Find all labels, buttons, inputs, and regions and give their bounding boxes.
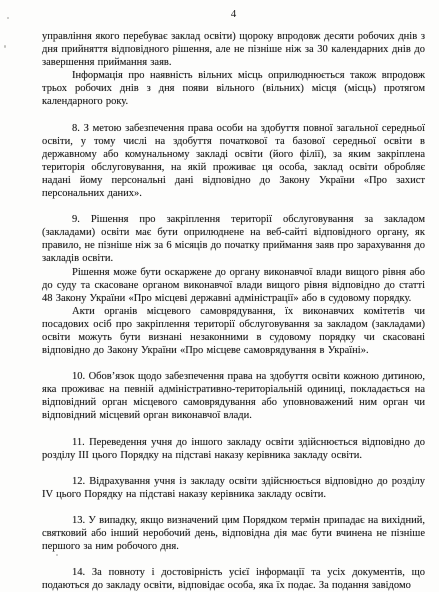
- scan-speck: [4, 45, 6, 48]
- paragraph-10: 10. Обов’язок щодо забезпечення права на…: [42, 370, 425, 422]
- paragraph-11: 11. Переведення учня до іншого закладу о…: [42, 436, 425, 462]
- paragraph-9: 9. Рішення про закріплення території обс…: [42, 213, 425, 265]
- paragraph-8: 8. З метою забезпечення права особи на з…: [42, 122, 425, 201]
- paragraph-free-places: Інформація про наявність вільних місць о…: [42, 69, 425, 108]
- page-number: 4: [42, 8, 425, 20]
- paragraph-14: 14. За повноту і достовірність усієї інф…: [42, 566, 425, 592]
- paragraph-12: 12. Відрахування учня із закладу освіти …: [42, 475, 425, 501]
- paragraph-9-acts: Акти органів місцевого самоврядування, ї…: [42, 305, 425, 357]
- paragraph-9-appeal: Рішення може бути оскаржене до органу ви…: [42, 266, 425, 305]
- scan-speck: [42, 194, 44, 196]
- paragraph-continuation: управління якого перебуває заклад освіти…: [42, 30, 425, 69]
- scan-speck: [7, 17, 9, 19]
- scan-speck: [56, 554, 58, 556]
- document-page: 4 управління якого перебуває заклад осві…: [0, 0, 439, 592]
- paragraph-13: 13. У випадку, якщо визначений цим Поряд…: [42, 514, 425, 553]
